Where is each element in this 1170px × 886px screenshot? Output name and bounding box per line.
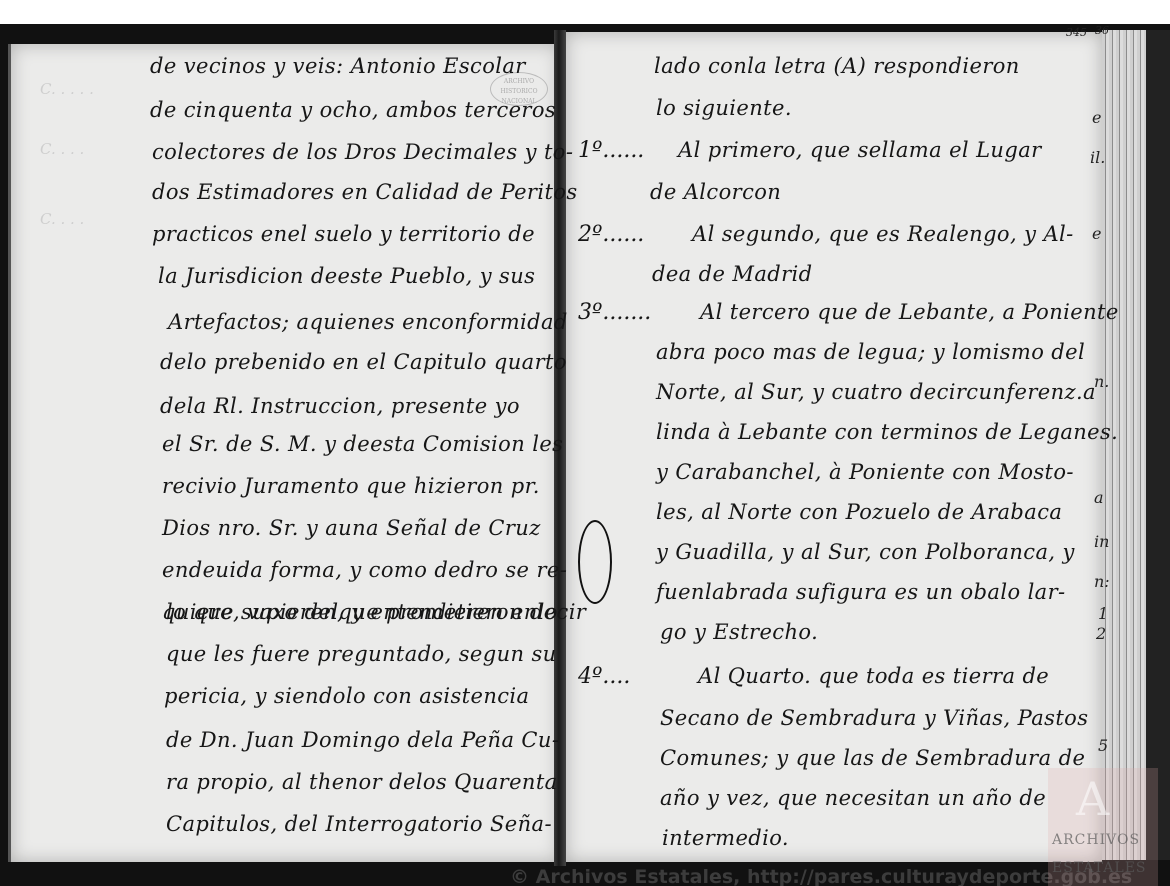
text-line: dos Estimadores en Calidad de Peritos [152,180,578,204]
text-line: de Alcorcon [650,180,781,204]
margin-note: e [1092,224,1101,243]
text-line: ra propio, al thenor delos Quarenta [166,770,558,794]
text-line: el Sr. de S. M. y deesta Comision les [162,432,563,456]
text-line: que les fuere preguntado, segun su [166,642,557,666]
folio-number-alt: 36 [1095,24,1109,37]
text-line: fuenlabrada sufigura es un obalo lar- [656,580,1066,604]
text-line: Capitulos, del Interrogatorio Seña- [166,812,552,836]
archivos-estatales-logo: A ARCHIVOS ESTATALES [1048,768,1158,886]
margin-note: e [1092,108,1101,127]
text-line: les, al Norte con Pozuelo de Arabaca [656,500,1062,524]
text-line: lo siguiente. [656,96,792,120]
margin-note: 5 [1098,736,1108,755]
text-line: dea de Madrid [652,262,812,286]
item-number: 2º...... [578,222,644,247]
text-line: la Jurisdicion deeste Pueblo, y sus [158,264,535,288]
text-line: y Carabanchel, à Poniente con Mosto- [656,460,1074,484]
binding-edge [1146,30,1170,860]
folio-number: 345 [1066,26,1087,39]
margin-note: in [1094,532,1109,551]
text-line: recivio Juramento que hizieron pr. [162,474,540,498]
text-line: año y vez, que necesitan un año de [660,786,1046,810]
logo-label-line1: ARCHIVOS [1052,832,1140,848]
logo-letter: A [1076,772,1109,826]
text-line: lado conla letra (A) respondieron [654,54,1020,78]
text-line: Al Quarto. que toda es tierra de [698,664,1049,688]
margin-note: a [1094,488,1104,507]
margin-note: n: [1094,572,1110,591]
item-number: 1º...... [578,138,644,163]
text-line: y Guadilla, y al Sur, con Polboranca, y [656,540,1075,564]
text-line: practicos enel suelo y territorio de [152,222,535,246]
margin-note: n. [1094,372,1109,391]
text-line: de Dn. Juan Domingo dela Peña Cu- [166,728,559,752]
logo-label-line2: ESTATALES [1052,860,1147,876]
text-line: Secano de Sembradura y Viñas, Pastos [660,706,1088,730]
text-line: de vecinos y veis: Antonio Escolar [150,54,526,78]
text-line: linda à Lebante con terminos de Leganes. [656,420,1118,444]
text-line: pericia, y siendolo con asistencia [164,684,529,708]
page-edges [1102,30,1146,860]
text-line: dela Rl. Instruccion, presente yo [160,394,520,418]
bleed-through: C. . . . [40,210,84,228]
bleed-through: C. . . . [40,140,84,158]
text-line: Al tercero que de Lebante, a Poniente [700,300,1119,324]
margin-oval-mark [578,520,612,604]
top-margin [0,0,1170,24]
bleed-through: C. . . . . [40,80,94,98]
text-line: Al primero, que sellama el Lugar [678,138,1042,162]
margin-note: il. [1090,148,1105,167]
text-line: go y Estrecho. [660,620,818,644]
text-line: delo prebenido en el Capitulo quarto [160,350,567,374]
text-line: Artefactos; aquienes enconformidad [168,310,568,334]
text-line: intermedio. [662,826,789,850]
text-line-14: lo que supieren, y entendieren enlo [166,600,558,624]
item-number: 4º.... [578,664,630,689]
text-line: de cinquenta y ocho, ambos terceros [150,98,556,122]
text-line: abra poco mas de legua; y lomismo del [656,340,1085,364]
item-number: 3º....... [578,300,651,325]
text-line: Norte, al Sur, y cuatro decircunferenz.a [656,380,1096,404]
text-line: Al segundo, que es Realengo, y Al- [692,222,1074,246]
text-line: Dios nro. Sr. y auna Señal de Cruz [162,516,541,540]
copyright-watermark: © Archivos Estatales, http://pares.cultu… [510,866,1132,886]
margin-note: 2 [1096,624,1106,643]
text-line: endeuida forma, y como dedro se re- [162,558,567,582]
text-line: colectores de los Dros Decimales y to- [152,140,573,164]
text-line: Comunes; y que las de Sembradura de [660,746,1085,770]
margin-note: 1 [1098,604,1108,623]
